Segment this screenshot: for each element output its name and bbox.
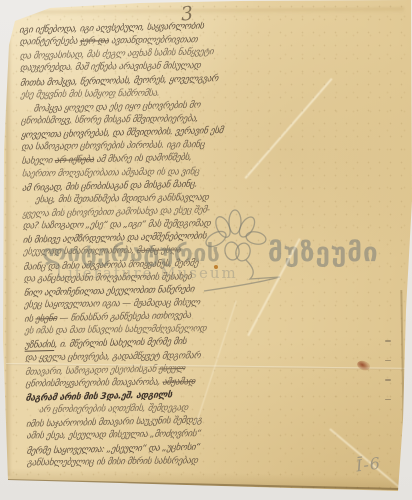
- manuscript-page: 3 იგი იქნებოდა, იგი აღვსებული, საყვარლობ…: [0, 0, 412, 500]
- archive-code: Ī-6: [355, 454, 382, 476]
- margin-pencil-marks: [385, 340, 395, 420]
- small-stain: [214, 265, 218, 269]
- scan-background: 3 იგი იქნებოდა, იგი აღვსებული, საყვარლობ…: [0, 0, 412, 500]
- handwriting-block: იგი იქნებოდა, იგი აღვსებული, საყვარლობის…: [19, 21, 275, 472]
- left-edge-shadow: [6, 24, 12, 476]
